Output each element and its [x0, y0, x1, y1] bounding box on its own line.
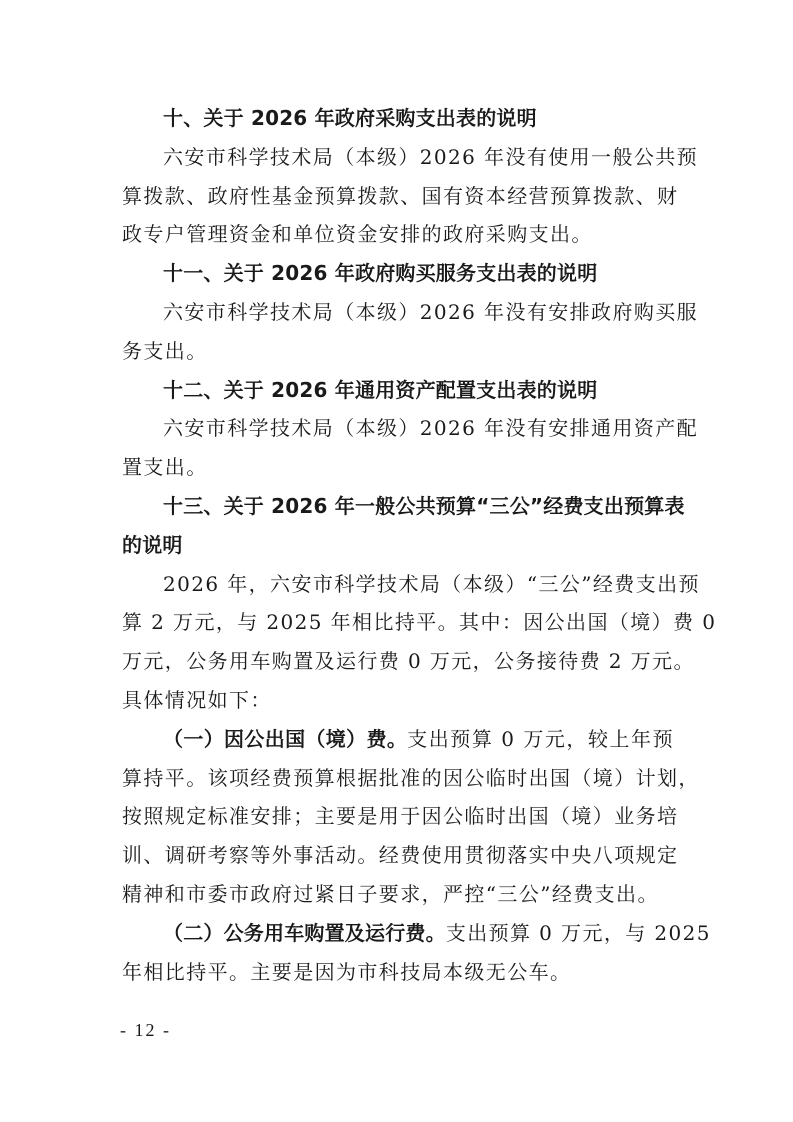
subitem-label-official-vehicles: （二）公务用车购置及运行费。 — [163, 921, 446, 945]
section-heading-13: 十三、关于 2026 年一般公共预算“三公”经费支出预算表 — [122, 487, 674, 526]
subitem-first-line: （一）因公出国（境）费。支出预算 0 万元，较上年预 — [122, 720, 674, 759]
page-number: - 12 - — [120, 1020, 171, 1041]
paragraph-line: 六安市科学技术局（本级）2026 年没有使用一般公共预 — [122, 138, 674, 177]
paragraph-line: 具体情况如下： — [122, 681, 674, 720]
paragraph-line: 政专户管理资金和单位资金安排的政府采购支出。 — [122, 215, 674, 254]
subitem-text: 支出预算 0 万元，较上年预 — [407, 727, 674, 751]
paragraph-line: 六安市科学技术局（本级）2026 年没有安排通用资产配 — [122, 409, 674, 448]
paragraph-line: 置支出。 — [122, 448, 674, 487]
subitem-first-line: （二）公务用车购置及运行费。支出预算 0 万元，与 2025 — [122, 914, 674, 953]
section-heading-11: 十一、关于 2026 年政府购买服务支出表的说明 — [122, 254, 674, 293]
paragraph-line: 按照规定标准安排；主要是用于因公临时出国（境）业务培 — [122, 797, 674, 836]
subitem-text: 支出预算 0 万元，与 2025 — [446, 921, 711, 945]
paragraph-line: 年相比持平。主要是因为市科技局本级无公车。 — [122, 953, 674, 992]
document-page: 十、关于 2026 年政府采购支出表的说明 六安市科学技术局（本级）2026 年… — [0, 0, 793, 1122]
paragraph-line: 算 2 万元，与 2025 年相比持平。其中：因公出国（境）费 0 — [122, 603, 674, 642]
section-heading-12: 十二、关于 2026 年通用资产配置支出表的说明 — [122, 371, 674, 410]
paragraph-line: 算持平。该项经费预算根据批准的因公临时出国（境）计划， — [122, 759, 674, 798]
subitem-label-overseas-travel: （一）因公出国（境）费。 — [163, 727, 407, 751]
section-heading-10: 十、关于 2026 年政府采购支出表的说明 — [122, 99, 674, 138]
section-heading-13-continued: 的说明 — [122, 526, 674, 565]
paragraph-line: 训、调研考察等外事活动。经费使用贯彻落实中央八项规定 — [122, 836, 674, 875]
paragraph-line: 精神和市委市政府过紧日子要求，严控“三公”经费支出。 — [122, 875, 674, 914]
paragraph-line: 算拨款、政府性基金预算拨款、国有资本经营预算拨款、财 — [122, 177, 674, 216]
paragraph-line: 六安市科学技术局（本级）2026 年没有安排政府购买服 — [122, 293, 674, 332]
paragraph-line: 务支出。 — [122, 332, 674, 371]
paragraph-line: 2026 年，六安市科学技术局（本级）“三公”经费支出预 — [122, 565, 674, 604]
document-body: 十、关于 2026 年政府采购支出表的说明 六安市科学技术局（本级）2026 年… — [122, 99, 674, 991]
paragraph-line: 万元，公务用车购置及运行费 0 万元，公务接待费 2 万元。 — [122, 642, 674, 681]
